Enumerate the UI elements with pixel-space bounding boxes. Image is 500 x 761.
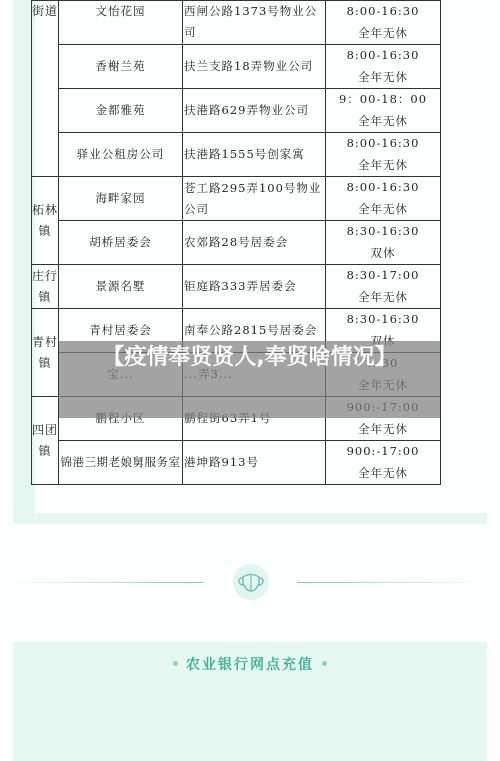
table-row: 庄行镇 景源名墅 钜庭路333弄居委会 8:30-17:00全年无休 (32, 265, 441, 309)
bank-section-heading: 农业银行网点充值 (13, 654, 487, 674)
days-text: 全年无休 (326, 419, 440, 441)
bank-section-title: 农业银行网点充值 (186, 657, 314, 673)
site-name: 胡桥居委会 (89, 235, 152, 249)
site-cell: 海畔家园 (59, 177, 183, 221)
hours-cell: 8:00-16:30全年无休 (326, 1, 441, 45)
hours-cell: 8:30-17:00全年无休 (326, 265, 441, 309)
divider-line-right (297, 582, 487, 583)
town-cell: 柘林镇 (32, 177, 59, 265)
town-label: 镇 (32, 353, 58, 374)
hours-text: 8:30-17:00 (326, 265, 440, 287)
address-cell: 扶港路629弄物业公司 (183, 89, 326, 133)
hours-text: 8:00-16:30 (326, 177, 440, 199)
address-text: 扶港路1555号创家寓 (184, 147, 305, 161)
town-label: 青村 (32, 332, 58, 353)
site-name: 景源名墅 (96, 279, 146, 293)
address-text: 苍工路295弄100号物业公司 (184, 181, 321, 216)
site-name: 锦港三期老娘舅服务室 (61, 455, 181, 469)
site-cell: 景源名墅 (59, 265, 183, 309)
site-name: 香榭兰苑 (96, 59, 146, 73)
hours-cell: 8:00-16:30全年无休 (326, 133, 441, 177)
address-cell: 扶兰支路18弄物业公司 (183, 45, 326, 89)
town-label: 镇 (32, 441, 58, 462)
address-text: 扶兰支路18弄物业公司 (184, 59, 313, 73)
dot-icon (322, 661, 327, 666)
days-text: 全年无休 (326, 287, 440, 309)
divider-line-left (13, 582, 203, 583)
site-name: 文怡花园 (96, 4, 146, 18)
site-cell: 驿业公租房公司 (59, 133, 183, 177)
table-row: 柘林镇 海畔家园 苍工路295弄100号物业公司 8:00-16:30全年无休 (32, 177, 441, 221)
address-cell: 农郊路28号居委会 (183, 221, 326, 265)
days-text: 全年无休 (326, 67, 440, 89)
address-text: 扶港路629弄物业公司 (184, 103, 309, 117)
days-text: 全年无休 (326, 155, 440, 177)
hours-cell: 9：00-18：00全年无休 (326, 89, 441, 133)
site-name: 青村居委会 (89, 323, 152, 337)
site-cell: 胡桥居委会 (59, 221, 183, 265)
town-label: 街道 (32, 4, 58, 18)
days-text: 全年无休 (326, 23, 440, 45)
town-cell: 街道 (32, 1, 59, 177)
address-text: 农郊路28号居委会 (184, 235, 288, 249)
days-text: 全年无休 (326, 463, 440, 485)
town-label: 镇 (32, 287, 58, 308)
table-row: 街道 文怡花园 西闸公路1373号物业公司 8:00-16:30全年无休 (32, 1, 441, 45)
hours-cell: 900:-17:00全年无休 (326, 441, 441, 485)
days-text: 全年无休 (326, 111, 440, 133)
overlay-title: 【疫情奉贤贤人,奉贤啥情况】 (59, 343, 440, 373)
address-text: 港坤路913号 (184, 455, 259, 469)
town-cell: 青村镇 (32, 309, 59, 397)
site-name: 金都雅苑 (96, 103, 146, 117)
hours-text: 8:00-16:30 (326, 133, 440, 155)
address-cell: 西闸公路1373号物业公司 (183, 1, 326, 45)
town-label: 四团 (32, 420, 58, 441)
town-label: 柘林 (32, 200, 58, 221)
town-label: 庄行 (32, 266, 58, 287)
address-text: 西闸公路1373号物业公司 (184, 4, 317, 39)
days-text: 全年无休 (326, 199, 440, 221)
hours-text: 8:30-16:30 (326, 309, 440, 331)
site-name: 海畔家园 (96, 191, 146, 205)
hours-text: 900:-17:00 (326, 441, 440, 463)
town-cell: 四团镇 (32, 397, 59, 485)
table-row: 金都雅苑 扶港路629弄物业公司 9：00-18：00全年无休 (32, 89, 441, 133)
hours-text: 8:30-16:30 (326, 221, 440, 243)
bank-recharge-panel: 农业银行网点充值 (13, 642, 487, 761)
hours-text: 9：00-18：00 (326, 89, 440, 111)
site-cell: 文怡花园 (59, 1, 183, 45)
hours-cell: 8:00-16:30全年无休 (326, 177, 441, 221)
site-name: 驿业公租房公司 (77, 147, 165, 161)
hours-cell: 8:00-16:30全年无休 (326, 45, 441, 89)
site-cell: 香榭兰苑 (59, 45, 183, 89)
hours-cell: 8:30-16:30双休 (326, 221, 441, 265)
hours-text: 8:00-16:30 (326, 45, 440, 67)
address-cell: 港坤路913号 (183, 441, 326, 485)
table-row: 驿业公租房公司 扶港路1555号创家寓 8:00-16:30全年无休 (32, 133, 441, 177)
town-cell: 庄行镇 (32, 265, 59, 309)
address-cell: 扶港路1555号创家寓 (183, 133, 326, 177)
address-text: 南奉公路2815号居委会 (184, 323, 317, 337)
address-cell: 苍工路295弄100号物业公司 (183, 177, 326, 221)
address-cell: 钜庭路333弄居委会 (183, 265, 326, 309)
town-label: 镇 (32, 221, 58, 242)
table-row: 胡桥居委会 农郊路28号居委会 8:30-16:30双休 (32, 221, 441, 265)
site-cell: 金都雅苑 (59, 89, 183, 133)
face-mask-icon (233, 564, 269, 600)
dot-icon (173, 661, 178, 666)
table-row: 香榭兰苑 扶兰支路18弄物业公司 8:00-16:30全年无休 (32, 45, 441, 89)
site-cell: 锦港三期老娘舅服务室 (59, 441, 183, 485)
days-text: 双休 (326, 243, 440, 265)
table-row: 锦港三期老娘舅服务室 港坤路913号 900:-17:00全年无休 (32, 441, 441, 485)
hours-text: 8:00-16:30 (326, 1, 440, 23)
address-text: 钜庭路333弄居委会 (184, 279, 296, 293)
